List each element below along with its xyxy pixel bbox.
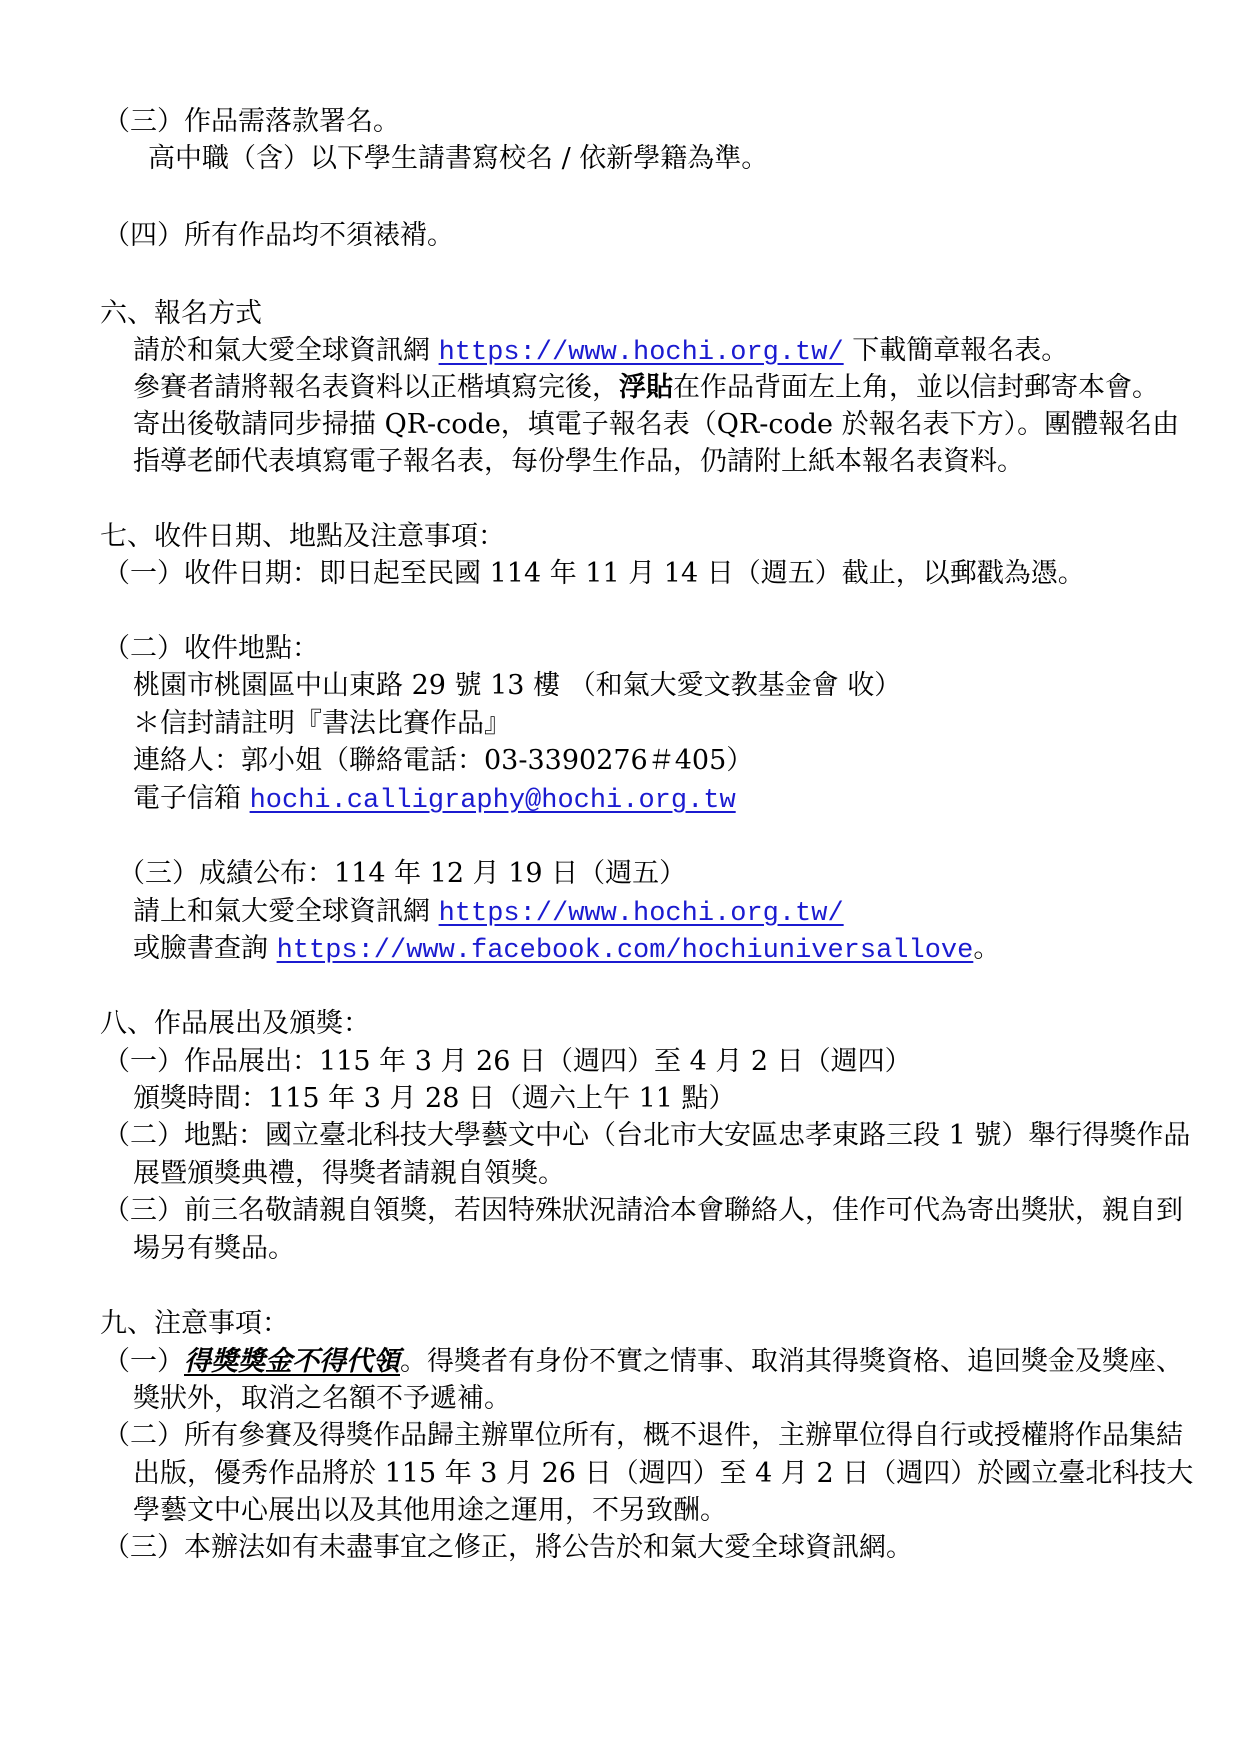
email-line: 電子信箱 hochi.calligraphy@hochi.org.tw (133, 780, 736, 820)
section-8-item-2-line-2: 展暨頒獎典禮，得獎者請親自領獎。 (133, 1155, 565, 1192)
section-6-line-2: 參賽者請將報名表資料以正楷填寫完後，浮貼在作品背面左上角，並以信封郵寄本會。 (133, 369, 1159, 406)
section-6-line-2-post: 在作品背面左上角，並以信封郵寄本會。 (673, 372, 1159, 403)
section-7-item-1: （一）收件日期：即日起至民國 114 年 11 月 14 日（週五）截止，以郵戳… (103, 555, 1085, 592)
section-6-heading: 六、報名方式 (100, 295, 262, 332)
contact-person: 連絡人：郭小姐（聯絡電話：03-3390276＃405） (133, 742, 753, 779)
no-proxy-claim-emphasis: 得獎獎金不得代領 (184, 1346, 400, 1377)
section-7-item-3-head: （三）成績公布：114 年 12 月 19 日（週五） (118, 855, 686, 892)
section-9-item-1-line-2: 獎狀外，取消之名額不予遞補。 (133, 1380, 511, 1417)
section-9-item-2-line-2: 出版，優秀作品將於 115 年 3 月 26 日（週四）至 4 月 2 日（週四… (133, 1455, 1193, 1492)
section-9-item-2-line-3: 學藝文中心展出以及其他用途之運用，不另致酬。 (133, 1492, 727, 1529)
section-8-item-3-line-2: 場另有獎品。 (133, 1230, 295, 1267)
section-9-heading: 九、注意事項： (100, 1305, 289, 1342)
section-9-item-3: （三）本辦法如有未盡事宜之修正，將公告於和氣大愛全球資訊網。 (103, 1529, 913, 1566)
section-6-line-1-post: 下載簡章報名表。 (844, 335, 1069, 366)
item-3-line-1: （三）作品需落款署名。 (103, 103, 400, 140)
section-8-item-3-line-1: （三）前三名敬請親自領獎，若因特殊狀況請洽本會聯絡人，佳作可代為寄出獎狀，親自到 (103, 1192, 1183, 1229)
item-3-line-2: 高中職（含）以下學生請書寫校名 / 依新學籍為準。 (148, 140, 768, 177)
section-8-heading: 八、作品展出及頒獎： (100, 1005, 370, 1042)
section-6-line-4: 指導老師代表填寫電子報名表，每份學生作品，仍請附上紙本報名表資料。 (133, 443, 1024, 480)
section-9-item-2-line-1: （二）所有參賽及得獎作品歸主辦單位所有，概不退件，主辦單位得自行或授權將作品集結 (103, 1417, 1183, 1454)
document-page: （三）作品需落款署名。 高中職（含）以下學生請書寫校名 / 依新學籍為準。 （四… (0, 0, 1240, 1755)
section-7-heading: 七、收件日期、地點及注意事項： (100, 518, 505, 555)
section-6-line-1: 請於和氣大愛全球資訊網 https://www.hochi.org.tw/ 下載… (133, 332, 1068, 372)
section-7-item-2-head: （二）收件地點： (103, 630, 319, 667)
section-6-line-1-pre: 請於和氣大愛全球資訊網 (133, 335, 439, 366)
section-9-item-1-label: （一） (103, 1346, 184, 1377)
section-6-line-3: 寄出後敬請同步掃描 QR-code，填電子報名表（QR-code 於報名表下方）… (133, 406, 1179, 443)
results-website-line: 請上和氣大愛全球資訊網 https://www.hochi.org.tw/ (133, 893, 844, 933)
item-4-line-1: （四）所有作品均不須裱褙。 (103, 217, 454, 254)
section-8-item-2-line-1: （二）地點：國立臺北科技大學藝文中心（台北市大安區忠孝東路三段 1 號）舉行得獎… (103, 1117, 1190, 1154)
mailing-address: 桃園市桃園區中山東路 29 號 13 樓 （和氣大愛文教基金會 收） (133, 667, 901, 704)
email-label: 電子信箱 (133, 783, 250, 814)
paste-emphasis: 浮貼 (619, 372, 673, 403)
results-website-pre: 請上和氣大愛全球資訊網 (133, 896, 439, 927)
envelope-note: ＊信封請註明『書法比賽作品』 (133, 705, 511, 742)
results-website-link[interactable]: https://www.hochi.org.tw/ (439, 899, 844, 929)
email-link[interactable]: hochi.calligraphy@hochi.org.tw (250, 786, 736, 816)
facebook-link[interactable]: https://www.facebook.com/hochiuniversall… (277, 936, 974, 966)
section-6-line-2-pre: 參賽者請將報名表資料以正楷填寫完後， (133, 372, 619, 403)
facebook-pre: 或臉書查詢 (133, 933, 277, 964)
facebook-line: 或臉書查詢 https://www.facebook.com/hochiuniv… (133, 930, 1000, 970)
section-9-item-1-line-1: （一）得獎獎金不得代領。得獎者有身份不實之情事、取消其得獎資格、追回獎金及獎座、 (103, 1343, 1183, 1380)
section-8-item-1-line-1: （一）作品展出：115 年 3 月 26 日（週四）至 4 月 2 日（週四） (103, 1043, 912, 1080)
section-9-item-1-post: 。得獎者有身份不實之情事、取消其得獎資格、追回獎金及獎座、 (400, 1346, 1183, 1377)
section-8-item-1-line-2: 頒獎時間：115 年 3 月 28 日（週六上午 11 點） (133, 1080, 736, 1117)
hochi-website-link[interactable]: https://www.hochi.org.tw/ (439, 338, 844, 368)
facebook-post: 。 (973, 933, 1000, 964)
